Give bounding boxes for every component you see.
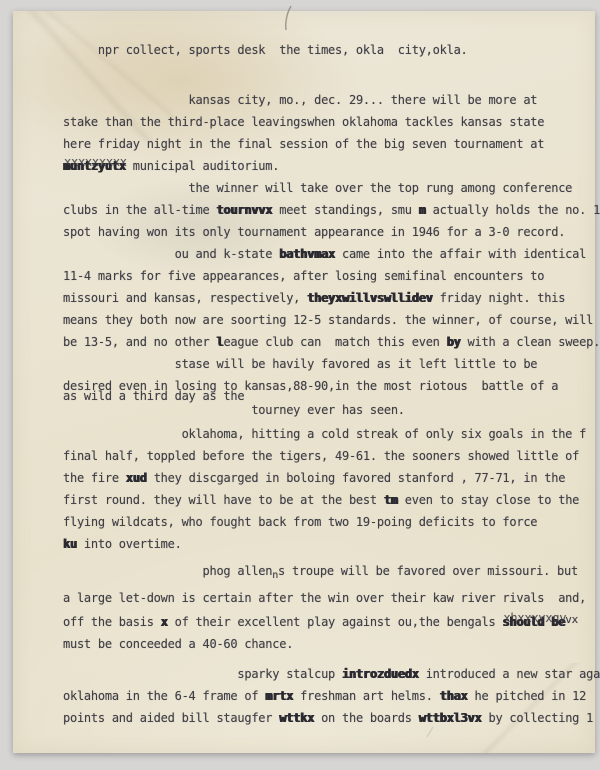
text-segment: first round. they will have to be at the… bbox=[63, 493, 384, 507]
text-segment: s troupe will be favored over missouri. … bbox=[278, 564, 578, 578]
overstruck-text: tournvvx bbox=[216, 199, 272, 221]
text-segment: stase will be havily favored as it left … bbox=[175, 357, 538, 371]
paper-sheet: npr collect, sports desk the times, okla… bbox=[13, 11, 595, 753]
text-segment: with a clean sweep. bbox=[461, 335, 600, 349]
text-line: first round. they will have to be at the… bbox=[63, 489, 600, 511]
text-line: 11-4 marks for five appearances, after l… bbox=[63, 265, 600, 287]
text-line: stase will be havily favored as it left … bbox=[63, 353, 600, 375]
overstruck-text: should bexhxxxyxgy bbox=[502, 611, 565, 633]
text-segment: municipal auditorium. bbox=[126, 159, 279, 173]
text-segment: introduced a new star agains t bbox=[419, 667, 600, 681]
text-segment: 11-4 marks for five appearances, after l… bbox=[63, 269, 544, 283]
text-segment: npr collect, sports desk the times, okla… bbox=[98, 43, 468, 57]
overstruck-text: wttkx bbox=[279, 707, 314, 729]
text-segment: be 13-5, and no other bbox=[63, 335, 216, 349]
text-segment: on the boards bbox=[314, 711, 419, 725]
pencil-mark-icon bbox=[281, 4, 297, 32]
text-line: sparky stalcup introzduedx introduced a … bbox=[63, 663, 600, 685]
text-segment: came into the affair with identical bbox=[335, 247, 586, 261]
text-line: stake than the third-place leavingswhen … bbox=[63, 111, 600, 133]
text-line: missouri and kansas, respectively, theyx… bbox=[63, 287, 600, 309]
text-segment: must be conceeded a 40-60 chance. bbox=[63, 637, 293, 651]
text-segment: points and aided bill staugfer bbox=[63, 711, 279, 725]
overstruck-text: x bbox=[161, 611, 168, 633]
overstruck-text: introzduedx bbox=[342, 663, 419, 685]
text-segment: the fire bbox=[63, 471, 126, 485]
text-line: the winner will take over the top rung a… bbox=[63, 177, 600, 199]
text-segment: even to stay close to the bbox=[398, 493, 579, 507]
text-line: the fire xud they discgarged in boloing … bbox=[63, 467, 600, 489]
text-segment: phog allen bbox=[203, 564, 273, 578]
stray-mark-icon bbox=[424, 726, 436, 738]
text-segment: the winner will take over the top rung a… bbox=[189, 181, 573, 195]
text-line: phog allenns troupe will be favored over… bbox=[63, 560, 600, 587]
text-segment: clubs in the all-time bbox=[63, 203, 216, 217]
text-segment: friday night. this bbox=[433, 291, 566, 305]
text-segment: missouri and kansas, respectively, bbox=[63, 291, 307, 305]
text-line: oklahoma, hitting a cold streak of only … bbox=[63, 423, 600, 445]
overstruck-text: m bbox=[419, 199, 426, 221]
scanned-document-photo: { "colors": { "background": "#d6d5d3", "… bbox=[0, 0, 600, 770]
text-segment: means they both now are soorting 12-5 st… bbox=[63, 313, 593, 327]
text-segment: meet standings, smu bbox=[272, 203, 418, 217]
text-segment: spot having won its only tournament appe… bbox=[63, 225, 565, 239]
overstruck-text: ku bbox=[63, 533, 77, 555]
text-segment: by collecting 1 3 bbox=[482, 711, 600, 725]
text-segment: of their excellent play against ou,the b… bbox=[168, 615, 503, 629]
text-segment: off the basis bbox=[63, 615, 161, 629]
text-segment: actually holds the no. 1 bbox=[426, 203, 600, 217]
text-line: muntzyutxxxxxxxxxx municipal auditorium. bbox=[63, 155, 600, 177]
text-segment: freshman art helms. bbox=[293, 689, 439, 703]
text-line: final half, toppled before the tigers, 4… bbox=[63, 445, 600, 467]
text-segment: stake than the third-place leavingswhen … bbox=[63, 115, 544, 129]
overstruck-text: xud bbox=[126, 467, 147, 489]
text-segment: oklahoma, hitting a cold streak of only … bbox=[182, 427, 587, 441]
text-segment: eague club can match this even bbox=[223, 335, 446, 349]
text-segment: final half, toppled before the tigers, 4… bbox=[63, 449, 579, 463]
typewritten-text: npr collect, sports desk the times, okla… bbox=[63, 39, 600, 729]
overstruck-text: l bbox=[216, 331, 223, 353]
text-line: must be conceeded a 40-60 chance. bbox=[63, 633, 600, 655]
text-segment: oklahoma in the 6-4 frame of bbox=[63, 689, 265, 703]
overstruck-text: tm bbox=[384, 489, 398, 511]
text-line: ku into overtime. bbox=[63, 533, 600, 555]
overstruck-text: thax bbox=[440, 685, 468, 707]
text-segment: a large let-down is certain after the wi… bbox=[63, 591, 586, 605]
text-segment: as wild a third day as the bbox=[63, 389, 244, 403]
text-line: spot having won its only tournament appe… bbox=[63, 221, 600, 243]
text-segment: he pitched in 12 bbox=[468, 689, 587, 703]
text-line: flying wildcats, who fought back from tw… bbox=[63, 511, 600, 533]
text-segment: vx bbox=[565, 613, 578, 626]
overstruck-text: theyxwillvswllidev bbox=[307, 287, 433, 309]
text-line: ou and k-state bathvmax came into the af… bbox=[63, 243, 600, 265]
text-line: kansas city, mo., dec. 29... there will … bbox=[63, 89, 600, 111]
overstruck-text: mrtx bbox=[265, 685, 293, 707]
text-segment: here friday night in the final session o… bbox=[63, 137, 544, 151]
text-segment: tourney ever has seen. bbox=[251, 403, 404, 417]
text-segment: sparky stalcup bbox=[237, 667, 342, 681]
text-line: means they both now are soorting 12-5 st… bbox=[63, 309, 600, 331]
text-line: off the basis x of their excellent play … bbox=[63, 609, 600, 633]
text-segment: into overtime. bbox=[77, 537, 182, 551]
text-line: tourney ever has seen. bbox=[63, 403, 600, 417]
text-segment: they discgarged in boloing favored stanf… bbox=[147, 471, 565, 485]
text-line: npr collect, sports desk the times, okla… bbox=[63, 39, 600, 61]
overstruck-text: bathvmax bbox=[279, 243, 335, 265]
overstruck-text: muntzyutxxxxxxxxxx bbox=[63, 155, 126, 177]
text-line: here friday night in the final session o… bbox=[63, 133, 600, 155]
overstruck-text: by bbox=[447, 331, 461, 353]
text-line: a large let-down is certain after the wi… bbox=[63, 587, 600, 609]
text-segment: flying wildcats, who fought back from tw… bbox=[63, 515, 537, 529]
text-line: be 13-5, and no other league club can ma… bbox=[63, 331, 600, 353]
text-line: oklahoma in the 6-4 frame of mrtx freshm… bbox=[63, 685, 600, 707]
text-line: clubs in the all-time tournvvx meet stan… bbox=[63, 199, 600, 221]
text-segment: kansas city, mo., dec. 29... there will … bbox=[189, 93, 538, 107]
text-line: points and aided bill staugfer wttkx on … bbox=[63, 707, 600, 729]
text-segment: ou and k-state bbox=[175, 247, 280, 261]
